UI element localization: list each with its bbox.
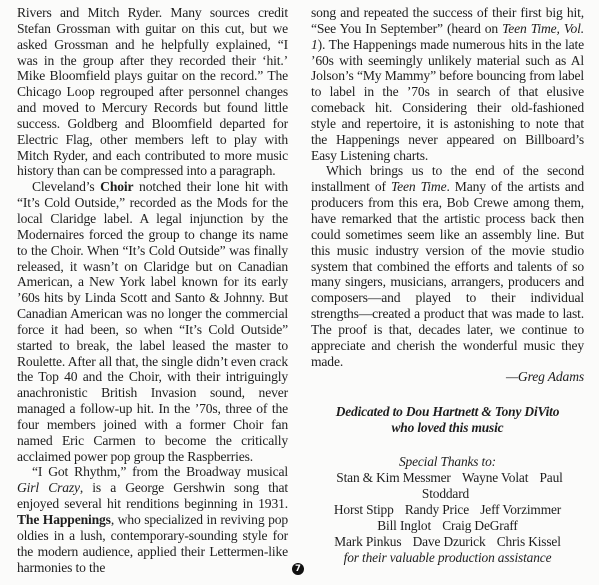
thanks-name: Horst Stipp [334,502,394,517]
paragraph-text: . Many of the artists and producers from… [311,179,584,368]
artist-name-choir: Choir [100,179,133,194]
thanks-row: Mark Pinkus Dave Dzurick Chris Kissel [311,534,584,550]
thanks-row: Stan & Kim Messmer Wayne Volat Paul Stod… [311,470,584,502]
paragraph-text: ). The Happenings made numerous hits in … [311,37,584,163]
artist-name-happenings: The Happenings [17,512,111,527]
special-thanks: Special Thanks to: Stan & Kim Messmer Wa… [311,454,584,566]
thanks-name: Wayne Volat [462,470,528,485]
author-signature: —Greg Adams [311,369,584,385]
paragraph-text: notched their lone hit with “It’s Cold O… [17,179,288,463]
thanks-footer: for their valuable production assistance [311,550,584,566]
right-column: song and repeated the success of their f… [311,5,584,566]
left-column: Rivers and Mitch Ryder. Many sources cre… [17,5,288,575]
thanks-name: Randy Price [405,502,469,517]
paragraph-text: Rivers and Mitch Ryder. Many sources cre… [17,5,288,178]
paragraph-choir: Cleveland’s Choir notched their lone hit… [17,179,288,464]
paragraph-happenings-continued: song and repeated the success of their f… [311,5,584,163]
album-title: Teen Time [391,179,447,194]
thanks-row: Bill Inglot Craig DeGraff [311,518,584,534]
paragraph-happenings: “I Got Rhythm,” from the Broadway musica… [17,464,288,575]
thanks-name: Stan & Kim Messmer [336,470,450,485]
musical-title: Girl Crazy [17,480,80,495]
paragraph-chicago-loop: Rivers and Mitch Ryder. Many sources cre… [17,5,288,179]
paragraph-closing: Which brings us to the end of the second… [311,163,584,369]
paragraph-text: “I Got Rhythm,” from the Broadway musica… [32,464,288,479]
thanks-name: Craig DeGraff [442,518,518,533]
dedication-line: who loved this music [311,420,584,436]
page-number-badge: 7 [292,563,304,575]
thanks-row: Horst Stipp Randy Price Jeff Vorzimmer [311,502,584,518]
thanks-name: Chris Kissel [497,534,561,549]
thanks-name: Jeff Vorzimmer [480,502,561,517]
thanks-name: Mark Pinkus [334,534,401,549]
dedication: Dedicated to Dou Hartnett & Tony DiVito … [311,404,584,436]
thanks-name: Bill Inglot [377,518,431,533]
dedication-line: Dedicated to Dou Hartnett & Tony DiVito [311,404,584,420]
thanks-title: Special Thanks to: [311,454,584,470]
thanks-name: Dave Dzurick [413,534,486,549]
paragraph-text: Cleveland’s [32,179,100,194]
